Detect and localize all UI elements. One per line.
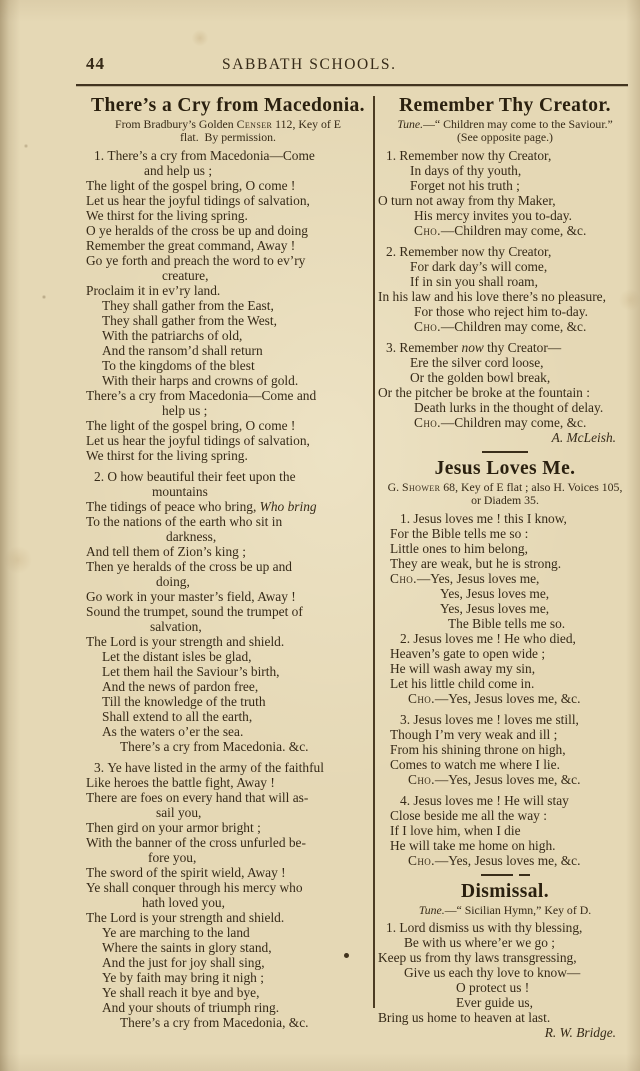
verse-line: Remember the great command, Away ! (86, 238, 370, 253)
hymn-subtitle-line: From Bradbury’s Golden Censer 112, Key o… (86, 118, 370, 131)
verse-line: 1. Jesus loves me ! this I know, (378, 511, 632, 526)
verse-line: And your shouts of triumph ring. (86, 1000, 370, 1015)
hymn-subtitle-line: Tune.—“ Children may come to the Saviour… (378, 118, 632, 131)
verse-line: Then gird on your armor bright ; (86, 820, 370, 835)
verse-line: Bring us home to heaven at last. (378, 1010, 632, 1025)
verse-line: Death lurks in the thought of delay. (378, 400, 632, 415)
verse-line: Let us hear the joyful tidings of salvat… (86, 433, 370, 448)
text-run: Till the knowledge of the truth (102, 694, 266, 709)
text-run: —Children may come, &c. (441, 319, 586, 334)
text-run: 4. Jesus loves me ! He will stay (400, 793, 569, 808)
section-divider (378, 451, 632, 453)
hymn-subtitle-line: G. Shower 68, Key of E flat ; also H. Vo… (378, 481, 632, 494)
text-run: The tidings of peace who bring, (86, 499, 260, 514)
divider-segment (481, 874, 513, 876)
verse-line: And tell them of Zion’s king ; (86, 544, 370, 559)
hymn-subtitle: Tune.—“ Sicilian Hymn,” Key of D. (378, 904, 632, 917)
text-run: Shower (402, 480, 440, 494)
text-run: Keep us from thy laws transgressing, (378, 950, 577, 965)
text-run: They are weak, but he is strong. (390, 556, 561, 571)
text-run: The light of the gospel bring, O come ! (86, 418, 295, 433)
text-run: Then gird on your armor bright ; (86, 820, 261, 835)
verse-line: salvation, (86, 619, 370, 634)
verse-line: And the just for joy shall sing, (86, 955, 370, 970)
verse-line: 1. Remember now thy Creator, (378, 148, 632, 163)
verse-line: Ye by faith may bring it nigh ; (86, 970, 370, 985)
text-run: R. W. Bridge. (545, 1025, 616, 1040)
verse-line: The tidings of peace who bring, Who brin… (86, 499, 370, 514)
hymn-subtitle-line: (See opposite page.) (378, 131, 632, 144)
verse-line: Let the distant isles be glad, (86, 649, 370, 664)
verse-line: Comes to watch me where I lie. (378, 757, 632, 772)
verse-line: Cho.—Children may come, &c. (378, 415, 632, 430)
verse-line: Though I’m very weak and ill ; (378, 727, 632, 742)
text-run: 2. Jesus loves me ! He who died, (400, 631, 576, 646)
text-run: He will take me home on high. (390, 838, 556, 853)
verse-line: Forget not his truth ; (378, 178, 632, 193)
verse-line: Till the knowledge of the truth (86, 694, 370, 709)
text-run: Cho. (408, 772, 435, 787)
text-run: Sound the trumpet, sound the trumpet of (86, 604, 303, 619)
hymn-title: Jesus Loves Me. (378, 457, 632, 480)
ink-speck (344, 953, 349, 958)
verse-line: Ye are marching to the land (86, 925, 370, 940)
verse-line: Go ye forth and preach the word to ev’ry (86, 253, 370, 268)
text-run: doing, (156, 574, 190, 589)
verse-line: Let his little child come in. (378, 676, 632, 691)
text-run: —“ Children may come to the Saviour.” (423, 117, 613, 131)
text-run: With the patriarchs of old, (102, 328, 242, 343)
verse-line: 2. Jesus loves me ! He who died, (378, 631, 632, 646)
text-run: Proclaim it in ev’ry land. (86, 283, 220, 298)
text-run: As the waters o’er the sea. (102, 724, 243, 739)
verse-line: He will wash away my sin, (378, 661, 632, 676)
verse-line: With the banner of the cross unfurled be… (86, 835, 370, 850)
verse-line: If in sin you shall roam, (378, 274, 632, 289)
text-run: sail you, (156, 805, 201, 820)
text-run: Let us hear the joyful tidings of salvat… (86, 433, 310, 448)
text-run: 1. Jesus loves me ! this I know, (400, 511, 567, 526)
text-run: From his shining throne on high, (390, 742, 566, 757)
text-run: mountains (152, 484, 208, 499)
hymn-subtitle-line: Tune.—“ Sicilian Hymn,” Key of D. (378, 904, 632, 917)
verse-line: They are weak, but he is strong. (378, 556, 632, 571)
text-run: 1. Lord dismiss us with thy blessing, (386, 920, 582, 935)
text-run: —Yes, Jesus loves me, &c. (435, 853, 581, 868)
text-run: If I love him, when I die (390, 823, 521, 838)
verse-line: His mercy invites you to-day. (378, 208, 632, 223)
text-run: Heaven’s gate to open wide ; (390, 646, 545, 661)
text-run: Let the distant isles be glad, (102, 649, 252, 664)
verse-line: There’s a cry from Macedonia—Come and (86, 388, 370, 403)
text-run: Then ye heralds of the cross be up and (86, 559, 292, 574)
verse-line: Proclaim it in ev’ry land. (86, 283, 370, 298)
verse-line: Cho.—Yes, Jesus loves me, &c. (378, 853, 632, 868)
divider-segment (482, 451, 528, 453)
section-divider (378, 874, 632, 876)
page-number: 44 (86, 54, 105, 73)
verse-line: He will take me home on high. (378, 838, 632, 853)
text-run: He will wash away my sin, (390, 661, 535, 676)
verse-line: For the Bible tells me so : (378, 526, 632, 541)
text-run: For dark day’s will come, (410, 259, 547, 274)
verse-line: and help us ; (86, 163, 370, 178)
text-run: Who bring (260, 499, 317, 514)
text-run: Little ones to him belong, (390, 541, 528, 556)
text-run: Ye shall conquer through his mercy who (86, 880, 303, 895)
verse-line: Then ye heralds of the cross be up and (86, 559, 370, 574)
text-run: Go work in your master’s field, Away ! (86, 589, 296, 604)
text-run: 2. O how beautiful their feet upon the (94, 469, 296, 484)
text-run: O ye heralds of the cross be up and doin… (86, 223, 308, 238)
verse-line: With the patriarchs of old, (86, 328, 370, 343)
text-run: Yes, Jesus loves me, (440, 586, 549, 601)
text-run: And tell them of Zion’s king ; (86, 544, 246, 559)
verse-line: Ye shall reach it bye and bye, (86, 985, 370, 1000)
text-run: There are foes on every hand that will a… (86, 790, 308, 805)
verse-line: 3. Jesus loves me ! loves me still, (378, 712, 632, 727)
verse-line: There are foes on every hand that will a… (86, 790, 370, 805)
verse-line: With their harps and crowns of gold. (86, 373, 370, 388)
text-run: With the banner of the cross unfurled be… (86, 835, 306, 850)
text-run: And the ransom’d shall return (102, 343, 263, 358)
verse-line: Or the pitcher be broke at the fountain … (378, 385, 632, 400)
text-run: And the just for joy shall sing, (102, 955, 265, 970)
text-run: Where the saints in glory stand, (102, 940, 272, 955)
attribution: R. W. Bridge. (378, 1025, 632, 1040)
verse-line: To the nations of the earth who sit in (86, 514, 370, 529)
verse-line: darkness, (86, 529, 370, 544)
verse-line: Yes, Jesus loves me, (378, 601, 632, 616)
verse-line: 1. Lord dismiss us with thy blessing, (378, 920, 632, 935)
verse-line: Yes, Jesus loves me, (378, 586, 632, 601)
verse-line: hath loved you, (86, 895, 370, 910)
verse-line: Be with us where’er we go ; (378, 935, 632, 950)
text-run: Cho. (408, 691, 435, 706)
verse-line: The Lord is your strength and shield. (86, 910, 370, 925)
text-run: help us ; (162, 403, 207, 418)
text-run: hath loved you, (142, 895, 225, 910)
verse-line: The light of the gospel bring, O come ! (86, 178, 370, 193)
text-run: The Bible tells me so. (448, 616, 565, 631)
verse-line: 3. Ye have listed in the army of the fai… (86, 760, 370, 775)
verse-line: fore you, (86, 850, 370, 865)
verse-line: The Bible tells me so. (378, 616, 632, 631)
verse-line: Let us hear the joyful tidings of salvat… (86, 193, 370, 208)
running-title: SABBATH SCHOOLS. (222, 56, 397, 74)
hymn-subtitle: From Bradbury’s Golden Censer 112, Key o… (86, 118, 370, 145)
verse-line: help us ; (86, 403, 370, 418)
verse-line: Heaven’s gate to open wide ; (378, 646, 632, 661)
text-run: And the news of pardon free, (102, 679, 258, 694)
verse-line: doing, (86, 574, 370, 589)
verse-line: Cho.—Children may come, &c. (378, 223, 632, 238)
text-run: O protect us ! (456, 980, 529, 995)
text-run: —Yes, Jesus loves me, &c. (435, 772, 581, 787)
verse-line: 1. There’s a cry from Macedonia—Come (86, 148, 370, 163)
text-run: If in sin you shall roam, (410, 274, 538, 289)
text-run: The light of the gospel bring, O come ! (86, 178, 295, 193)
text-run: Ere the silver cord loose, (410, 355, 544, 370)
text-run: Go ye forth and preach the word to ev’ry (86, 253, 305, 268)
verse-line: Sound the trumpet, sound the trumpet of (86, 604, 370, 619)
verse-line: O turn not away from thy Maker, (378, 193, 632, 208)
verse-line: 4. Jesus loves me ! He will stay (378, 793, 632, 808)
verse-line: creature, (86, 268, 370, 283)
text-run: To the nations of the earth who sit in (86, 514, 282, 529)
page-header: 44 SABBATH SCHOOLS. (86, 54, 628, 76)
verse-line: O ye heralds of the cross be up and doin… (86, 223, 370, 238)
hymn-subtitle-line: or Diadem 35. (378, 494, 632, 507)
header-rule (76, 84, 628, 86)
text-run: Though I’m very weak and ill ; (390, 727, 557, 742)
verse-line: Little ones to him belong, (378, 541, 632, 556)
text-run: O turn not away from thy Maker, (378, 193, 556, 208)
text-run: 68, Key of E flat ; also H. Voices 105, (440, 480, 622, 494)
verse-line: To the kingdoms of the blest (86, 358, 370, 373)
verse-line: 2. Remember now thy Creator, (378, 244, 632, 259)
hymn-subtitle-line: flat. By permission. (86, 131, 370, 144)
text-run: We thirst for the living spring. (86, 448, 248, 463)
verse-line: We thirst for the living spring. (86, 448, 370, 463)
attribution: A. McLeish. (378, 430, 632, 445)
text-run: Bring us home to heaven at last. (378, 1010, 550, 1025)
verse-line: Or the golden bowl break, (378, 370, 632, 385)
text-run: Or the golden bowl break, (410, 370, 550, 385)
text-run: They shall gather from the East, (102, 298, 274, 313)
text-run: flat. By permission. (180, 130, 276, 144)
verse-line: 2. O how beautiful their feet upon the (86, 469, 370, 484)
right-column: Remember Thy Creator.Tune.—“ Children ma… (378, 93, 632, 1040)
verse-line: The sword of the spirit wield, Away ! (86, 865, 370, 880)
verse-line: O protect us ! (378, 980, 632, 995)
text-run: fore you, (148, 850, 196, 865)
verse-line: The light of the gospel bring, O come ! (86, 418, 370, 433)
text-run: salvation, (150, 619, 202, 634)
verse-line: There’s a cry from Macedonia, &c. (86, 1015, 370, 1030)
text-run: —Children may come, &c. (441, 415, 586, 430)
text-run: Tune. (419, 903, 445, 917)
hymn-subtitle: Tune.—“ Children may come to the Saviour… (378, 118, 632, 145)
text-run: Ever guide us, (456, 995, 533, 1010)
text-run: There’s a cry from Macedonia—Come and (86, 388, 316, 403)
text-run: or Diadem 35. (471, 493, 539, 507)
verse-line: If I love him, when I die (378, 823, 632, 838)
verse-line: And the news of pardon free, (86, 679, 370, 694)
verse-line: We thirst for the living spring. (86, 208, 370, 223)
hymn-title: Dismissal. (378, 880, 632, 903)
text-run: There’s a cry from Macedonia. &c. (120, 739, 309, 754)
verse-line: Cho.—Yes, Jesus loves me, &c. (378, 772, 632, 787)
text-run: 112, Key of E (272, 117, 341, 131)
text-run: 3. Ye have listed in the army of the fai… (94, 760, 324, 775)
verse-line: Shall extend to all the earth, (86, 709, 370, 724)
text-run: Let them hail the Saviour’s birth, (102, 664, 280, 679)
hymn-title: Remember Thy Creator. (378, 94, 632, 117)
verse-line: Ye shall conquer through his mercy who (86, 880, 370, 895)
text-run: now (462, 340, 484, 355)
column-divider-rule (373, 96, 375, 1008)
text-run: 1. Remember now thy Creator, (386, 148, 551, 163)
text-run: Cho. (408, 853, 435, 868)
text-run: In his law and his love there’s no pleas… (378, 289, 606, 304)
text-run: Let us hear the joyful tidings of salvat… (86, 193, 310, 208)
text-run: Ye by faith may bring it nigh ; (102, 970, 264, 985)
text-run: Be with us where’er we go ; (404, 935, 555, 950)
left-column: There’s a Cry from Macedonia.From Bradbu… (86, 93, 370, 1030)
verse-line: And the ransom’d shall return (86, 343, 370, 358)
text-run: 3. Jesus loves me ! loves me still, (400, 712, 579, 727)
text-run: With their harps and crowns of gold. (102, 373, 298, 388)
verse-line: Ever guide us, (378, 995, 632, 1010)
verse-line: 3. Remember now thy Creator— (378, 340, 632, 355)
text-run: We thirst for the living spring. (86, 208, 248, 223)
verse-line: They shall gather from the West, (86, 313, 370, 328)
text-run: Cho. (414, 223, 441, 238)
text-run: Cho. (390, 571, 417, 586)
verse-line: sail you, (86, 805, 370, 820)
text-run: 2. Remember now thy Creator, (386, 244, 551, 259)
text-run: They shall gather from the West, (102, 313, 277, 328)
text-run: Forget not his truth ; (410, 178, 520, 193)
text-run: Let his little child come in. (390, 676, 534, 691)
text-run: Or the pitcher be broke at the fountain … (378, 385, 590, 400)
text-run: Like heroes the battle fight, Away ! (86, 775, 275, 790)
text-run: For those who reject him to-day. (414, 304, 588, 319)
text-run: 3. Remember (386, 340, 462, 355)
verse-line: In days of thy youth, (378, 163, 632, 178)
hymn-title: There’s a Cry from Macedonia. (86, 94, 370, 117)
hymn-subtitle: G. Shower 68, Key of E flat ; also H. Vo… (378, 481, 632, 508)
verse-line: Like heroes the battle fight, Away ! (86, 775, 370, 790)
text-run: G. (388, 480, 402, 494)
verse-line: The Lord is your strength and shield. (86, 634, 370, 649)
verse-line: Cho.—Children may come, &c. (378, 319, 632, 334)
text-run: Cho. (414, 415, 441, 430)
text-run: (See opposite page.) (457, 130, 553, 144)
text-run: Remember the great command, Away ! (86, 238, 295, 253)
verse-line: There’s a cry from Macedonia. &c. (86, 739, 370, 754)
verse-line: Cho.—Yes, Jesus loves me, &c. (378, 691, 632, 706)
text-run: Death lurks in the thought of delay. (414, 400, 603, 415)
verse-line: Where the saints in glory stand, (86, 940, 370, 955)
text-run: Give us each thy love to know— (404, 965, 580, 980)
verse-line: Let them hail the Saviour’s birth, (86, 664, 370, 679)
verse-line: mountains (86, 484, 370, 499)
verse-line: Give us each thy love to know— (378, 965, 632, 980)
text-run: and help us ; (144, 163, 212, 178)
text-run: To the kingdoms of the blest (102, 358, 255, 373)
verse-line: As the waters o’er the sea. (86, 724, 370, 739)
text-run: Yes, Jesus loves me, (440, 601, 549, 616)
text-run: The Lord is your strength and shield. (86, 910, 284, 925)
verse-line: For dark day’s will come, (378, 259, 632, 274)
verse-line: In his law and his love there’s no pleas… (378, 289, 632, 304)
verse-line: Ere the silver cord loose, (378, 355, 632, 370)
text-columns: There’s a Cry from Macedonia.From Bradbu… (86, 93, 632, 1040)
text-run: In days of thy youth, (410, 163, 521, 178)
text-run: The Lord is your strength and shield. (86, 634, 284, 649)
text-run: —Yes, Jesus loves me, (417, 571, 540, 586)
text-run: The sword of the spirit wield, Away ! (86, 865, 286, 880)
text-run: —Yes, Jesus loves me, &c. (435, 691, 581, 706)
text-run: Cho. (414, 319, 441, 334)
divider-segment (519, 874, 530, 876)
text-run: And your shouts of triumph ring. (102, 1000, 279, 1015)
verse-line: From his shining throne on high, (378, 742, 632, 757)
text-run: thy Creator— (484, 340, 561, 355)
text-run: Censer (237, 117, 273, 131)
text-run: darkness, (166, 529, 216, 544)
text-run: —“ Sicilian Hymn,” Key of D. (445, 903, 591, 917)
text-run: A. McLeish. (552, 430, 616, 445)
verse-line: Cho.—Yes, Jesus loves me, (378, 571, 632, 586)
text-run: Ye are marching to the land (102, 925, 250, 940)
text-run: From Bradbury’s Golden (115, 117, 237, 131)
text-run: There’s a cry from Macedonia, &c. (120, 1015, 309, 1030)
text-run: 1. There’s a cry from Macedonia—Come (94, 148, 315, 163)
verse-line: They shall gather from the East, (86, 298, 370, 313)
text-run: —Children may come, &c. (441, 223, 586, 238)
text-run: Close beside me all the way : (390, 808, 547, 823)
text-run: Ye shall reach it bye and bye, (102, 985, 259, 1000)
text-run: Comes to watch me where I lie. (390, 757, 560, 772)
verse-line: Close beside me all the way : (378, 808, 632, 823)
text-run: creature, (162, 268, 208, 283)
verse-line: For those who reject him to-day. (378, 304, 632, 319)
text-run: Shall extend to all the earth, (102, 709, 252, 724)
text-run: For the Bible tells me so : (390, 526, 528, 541)
verse-line: Go work in your master’s field, Away ! (86, 589, 370, 604)
verse-line: Keep us from thy laws transgressing, (378, 950, 632, 965)
text-run: His mercy invites you to-day. (414, 208, 572, 223)
text-run: Tune. (397, 117, 423, 131)
